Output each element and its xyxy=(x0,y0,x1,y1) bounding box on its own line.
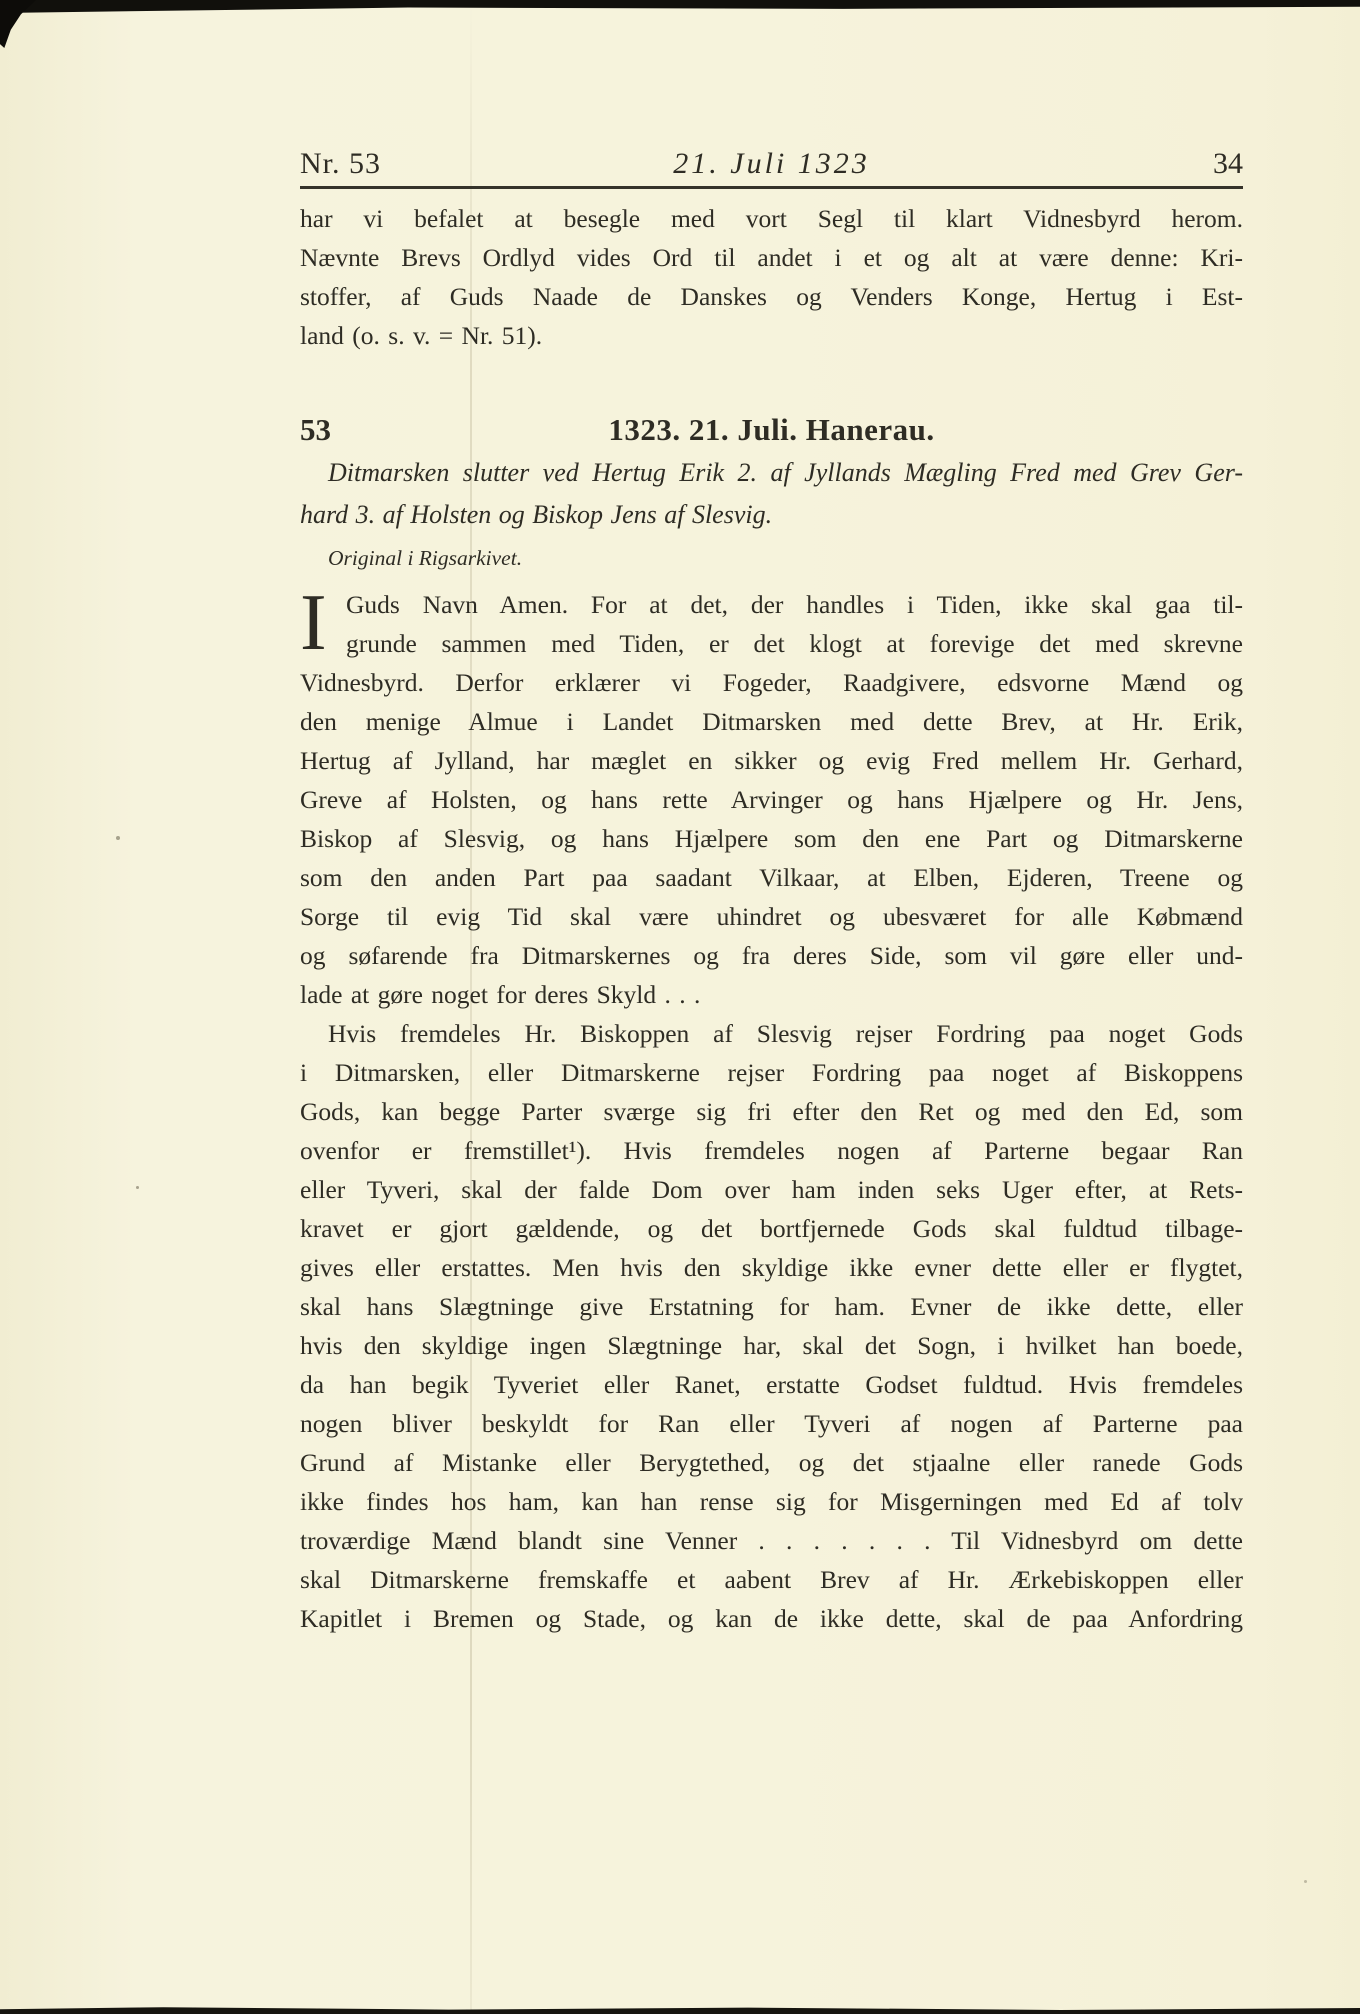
paper-speck xyxy=(116,836,120,840)
text-line: troværdige Mænd blandt sine Venner . . .… xyxy=(300,1521,1243,1560)
text-line: land (o. s. v. = Nr. 51). xyxy=(300,316,1243,355)
text-line: skal hans Slægtninge give Erstatning for… xyxy=(300,1287,1243,1326)
text-line: Guds Navn Amen. For at det, der handles … xyxy=(300,585,1243,624)
text-line: eller Tyveri, skal der falde Dom over ha… xyxy=(300,1170,1243,1209)
text-line: Sorge til evig Tid skal være uhindret og… xyxy=(300,897,1243,936)
text-line: Vidnesbyrd. Derfor erklærer vi Fogeder, … xyxy=(300,663,1243,702)
text-line: grunde sammen med Tiden, er det klogt at… xyxy=(300,624,1243,663)
text-line: nogen bliver beskyldt for Ran eller Tyve… xyxy=(300,1404,1243,1443)
text-line: Gods, kan begge Parter sværge sig fri ef… xyxy=(300,1092,1243,1131)
continuation-paragraph: har vi befalet at besegle med vort Segl … xyxy=(300,199,1243,355)
text-line: da han begik Tyveriet eller Ranet, ersta… xyxy=(300,1365,1243,1404)
text-line: den menige Almue i Landet Ditmarsken med… xyxy=(300,702,1243,741)
text-line: og søfarende fra Ditmarskernes og fra de… xyxy=(300,936,1243,975)
text-line: Ditmarsken slutter ved Hertug Erik 2. af… xyxy=(300,452,1243,494)
entry-summary: Ditmarsken slutter ved Hertug Erik 2. af… xyxy=(300,452,1243,536)
text-line: Biskop af Slesvig, og hans Hjælpere som … xyxy=(300,819,1243,858)
entry-number: 53 xyxy=(300,412,331,448)
text-line: i Ditmarsken, eller Ditmarskerne rejser … xyxy=(300,1053,1243,1092)
text-line: hvis den skyldige ingen Slægtninge har, … xyxy=(300,1326,1243,1365)
running-header: Nr. 53 21. Juli 1323 34 xyxy=(300,144,1243,189)
body-paragraph-2: Hvis fremdeles Hr. Biskoppen af Slesvig … xyxy=(300,1014,1243,1638)
text-line: skal Ditmarskerne fremskaffe et aabent B… xyxy=(300,1560,1243,1599)
source-note: Original i Rigsarkivet. xyxy=(300,546,1243,571)
paper-speck xyxy=(136,1186,139,1189)
text-line: Grund af Mistanke eller Berygtethed, og … xyxy=(300,1443,1243,1482)
text-line: Nævnte Brevs Ordlyd vides Ord til andet … xyxy=(300,238,1243,277)
text-line: Kapitlet i Bremen og Stade, og kan de ik… xyxy=(300,1599,1243,1638)
header-date: 21. Juli 1323 xyxy=(673,147,870,181)
scan-edge-bottom xyxy=(0,2006,1360,2014)
text-line: hard 3. af Holsten og Biskop Jens af Sle… xyxy=(300,494,1243,536)
text-line: har vi befalet at besegle med vort Segl … xyxy=(300,199,1243,238)
text-line: gives eller erstattes. Men hvis den skyl… xyxy=(300,1248,1243,1287)
text-line: Greve af Holsten, og hans rette Arvinger… xyxy=(300,780,1243,819)
text-line: kravet er gjort gældende, og det bortfje… xyxy=(300,1209,1243,1248)
text-line: lade at gøre noget for deres Skyld . . . xyxy=(300,975,1243,1014)
text-line: som den anden Part paa saadant Vilkaar, … xyxy=(300,858,1243,897)
entry-body: I Guds Navn Amen. For at det, der handle… xyxy=(300,585,1243,1638)
body-paragraph-1: Guds Navn Amen. For at det, der handles … xyxy=(300,585,1243,1014)
text-line: ovenfor er fremstillet¹). Hvis fremdeles… xyxy=(300,1131,1243,1170)
entry-heading-row: 53 1323. 21. Juli. Hanerau. xyxy=(300,412,1243,452)
header-document-number: Nr. 53 xyxy=(300,147,381,181)
drop-cap: I xyxy=(300,590,330,662)
text-line: Hertug af Jylland, har mæglet en sikker … xyxy=(300,741,1243,780)
header-page-number: 34 xyxy=(1213,147,1243,181)
text-line: stoffer, af Guds Naade de Danskes og Ven… xyxy=(300,277,1243,316)
scan-edge-top xyxy=(0,0,1360,13)
paper-speck xyxy=(1304,1880,1307,1883)
text-line: ikke findes hos ham, kan han rense sig f… xyxy=(300,1482,1243,1521)
entry-heading: 1323. 21. Juli. Hanerau. xyxy=(608,412,934,448)
text-line: Hvis fremdeles Hr. Biskoppen af Slesvig … xyxy=(300,1014,1243,1053)
